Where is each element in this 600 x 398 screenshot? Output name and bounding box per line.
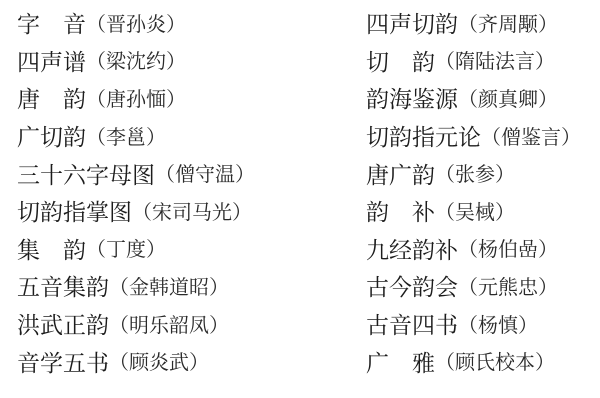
book-title: 切韵指元论 — [366, 126, 481, 149]
book-title: 切 韵 — [366, 51, 435, 74]
book-title: 广 雅 — [366, 352, 435, 375]
book-entry: 切 韵（隋陆法言） — [366, 44, 581, 82]
book-entry: 韵 补（吴棫） — [366, 194, 581, 232]
book-title: 五音集韵 — [17, 276, 109, 299]
book-entry: 音学五书（顾炎武） — [17, 344, 255, 382]
book-author: （金韩道昭） — [109, 278, 229, 298]
book-entry: 洪武正韵（明乐韶凤） — [17, 307, 255, 345]
book-author: （僧鉴言） — [481, 128, 581, 148]
book-author: （李邕） — [86, 128, 166, 148]
book-title: 切韵指掌图 — [17, 201, 132, 224]
book-title: 广切韵 — [17, 126, 86, 149]
book-title: 古今韵会 — [366, 276, 458, 299]
book-entry: 四声谱（梁沈约） — [17, 44, 255, 82]
book-page: 字 音（晋孙炎） 四声谱（梁沈约） 唐 韵（唐孙愐） 广切韵（李邕） 三十六字母… — [0, 0, 600, 398]
book-entry: 广 雅（顾氏校本） — [366, 344, 581, 382]
book-author: （梁沈约） — [86, 52, 186, 72]
book-author: （隋陆法言） — [435, 52, 555, 72]
book-title: 四声谱 — [17, 51, 86, 74]
book-title: 韵海鉴源 — [366, 88, 458, 111]
book-entry: 字 音（晋孙炎） — [17, 6, 255, 44]
book-author: （宋司马光） — [132, 203, 252, 223]
book-title: 三十六字母图 — [17, 164, 155, 187]
book-list-right: 四声切韵（齐周颙） 切 韵（隋陆法言） 韵海鉴源（颜真卿） 切韵指元论（僧鉴言）… — [366, 6, 581, 382]
book-title: 字 音 — [17, 13, 86, 36]
book-entry: 切韵指元论（僧鉴言） — [366, 119, 581, 157]
book-title: 九经韵补 — [366, 239, 458, 262]
book-title: 四声切韵 — [366, 13, 458, 36]
book-entry: 五音集韵（金韩道昭） — [17, 269, 255, 307]
book-author: （颜真卿） — [458, 90, 558, 110]
book-entry: 集 韵（丁度） — [17, 232, 255, 270]
book-title: 音学五书 — [17, 352, 109, 375]
book-title: 韵 补 — [366, 201, 435, 224]
book-author: （丁度） — [86, 240, 166, 260]
book-entry: 古音四书（杨慎） — [366, 307, 581, 345]
book-author: （元熊忠） — [458, 278, 558, 298]
book-author: （齐周颙） — [458, 15, 558, 35]
book-entry: 古今韵会（元熊忠） — [366, 269, 581, 307]
book-title: 古音四书 — [366, 314, 458, 337]
book-author: （张参） — [435, 165, 515, 185]
book-author: （晋孙炎） — [86, 15, 186, 35]
book-entry: 唐广韵（张参） — [366, 156, 581, 194]
book-author: （唐孙愐） — [86, 90, 186, 110]
book-author: （顾氏校本） — [435, 353, 555, 373]
book-list-left: 字 音（晋孙炎） 四声谱（梁沈约） 唐 韵（唐孙愐） 广切韵（李邕） 三十六字母… — [17, 6, 255, 382]
book-author: （吴棫） — [435, 203, 515, 223]
book-entry: 三十六字母图（僧守温） — [17, 156, 255, 194]
book-title: 集 韵 — [17, 239, 86, 262]
book-entry: 切韵指掌图（宋司马光） — [17, 194, 255, 232]
book-entry: 韵海鉴源（颜真卿） — [366, 81, 581, 119]
book-entry: 四声切韵（齐周颙） — [366, 6, 581, 44]
book-author: （顾炎武） — [109, 353, 209, 373]
book-entry: 九经韵补（杨伯嵒） — [366, 232, 581, 270]
book-title: 唐广韵 — [366, 164, 435, 187]
book-entry: 唐 韵（唐孙愐） — [17, 81, 255, 119]
book-author: （僧守温） — [155, 165, 255, 185]
book-author: （明乐韶凤） — [109, 316, 229, 336]
book-entry: 广切韵（李邕） — [17, 119, 255, 157]
book-author: （杨慎） — [458, 316, 538, 336]
book-title: 洪武正韵 — [17, 314, 109, 337]
book-title: 唐 韵 — [17, 88, 86, 111]
book-author: （杨伯嵒） — [458, 240, 558, 260]
